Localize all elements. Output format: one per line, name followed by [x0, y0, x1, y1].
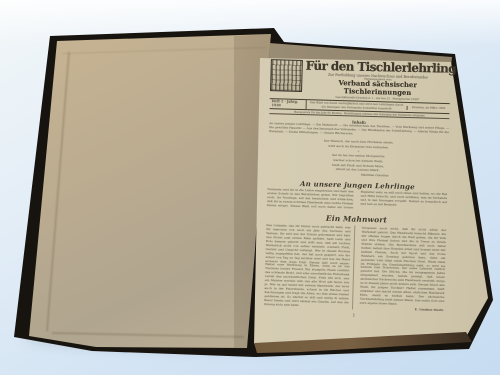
article2-column-right-text: Vergesset auch nicht, daß ihr nicht alle…	[360, 225, 447, 306]
issue-date: Dresden, im März 1930	[407, 105, 450, 110]
right-page-content: Für den Tischlerlehrling Zur Fortbildung…	[258, 56, 456, 349]
article2-column-right: Vergesset auch nicht, daß ihr nicht alle…	[359, 225, 446, 312]
motto-verse: Der Mensch, der nach dem Höchsten strebt…	[268, 137, 449, 174]
photo-open-book: Für den Tischlerlehrling Zur Fortbildung…	[0, 0, 500, 375]
article1-body: Nunmehr seid ihr in die Lehre eingetrete…	[267, 188, 447, 213]
article2-columns: Das Lehrjahr, das ihr hinter euch gebrac…	[264, 223, 446, 313]
article2-column-left: Das Lehrjahr, das ihr hinter euch gebrac…	[264, 223, 355, 310]
masthead: Für den Tischlerlehrling Zur Fortbildung…	[270, 58, 451, 102]
issue-number: Heft 1 · Jahrg. 1930	[270, 99, 307, 109]
article2-signature: E. Lindner-Berlt.	[359, 306, 444, 312]
woodcut-workshop-icon	[270, 59, 303, 92]
contents-list: An unsere jungen Lehrlinge. — Ein Mahnwo…	[269, 123, 449, 140]
masthead-text-block: Für den Tischlerlehrling Zur Fortbildung…	[305, 59, 451, 102]
